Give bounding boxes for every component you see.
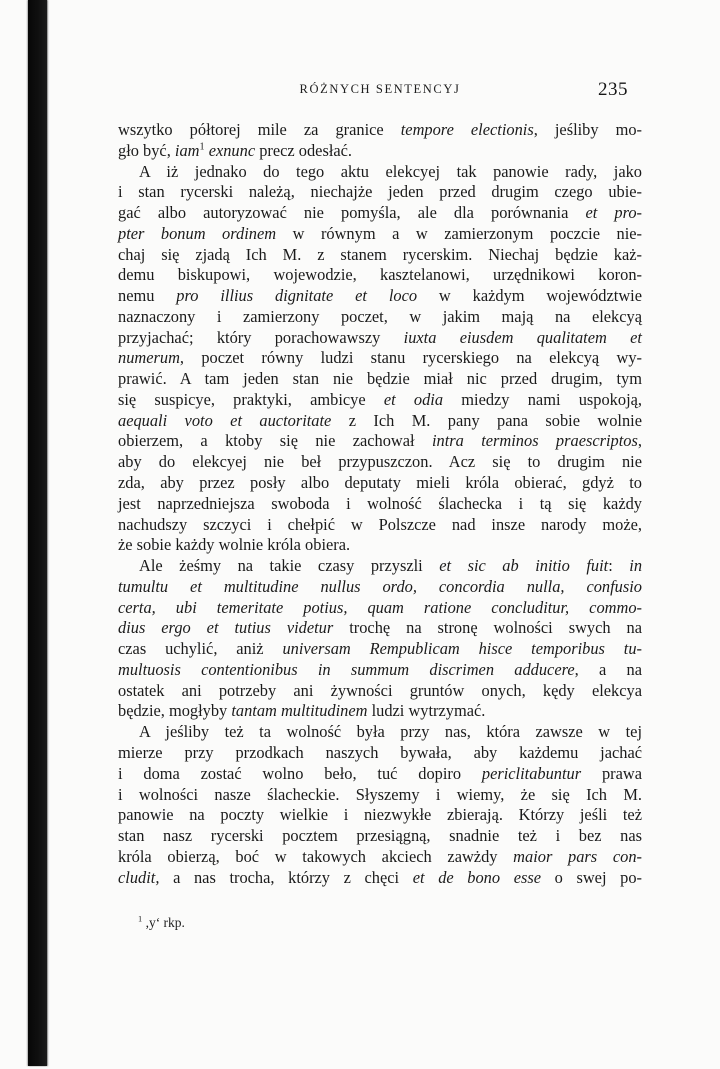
text-run: panowie na poczty wielkie i niezwykłe zb… — [118, 805, 642, 824]
latin-italic-run: et odia — [384, 390, 443, 409]
text-line: demu biskupowi, wojewodzie, kasztelanowi… — [118, 265, 642, 286]
text-run: A jeśliby też ta wolność była przy nas, … — [139, 722, 642, 741]
text-run: ludzi wytrzymać. — [367, 701, 485, 720]
running-header: RÓŻNYCH SENTENCYJ — [118, 82, 642, 97]
text-line: i wolności nasze ślacheckie. Słyszemy i … — [118, 785, 642, 806]
text-line: naznaczony i zamierzony poczet, w jakim … — [118, 307, 642, 328]
text-run: naznaczony i zamierzony poczet, w jakim … — [118, 307, 642, 326]
text-run: gać albo autoryzować nie pomyśla, ale dl… — [118, 203, 585, 222]
text-run: , poczet równy ludzi stanu rycerskiego n… — [180, 348, 642, 367]
text-run: gło być, — [118, 141, 175, 160]
latin-italic-run: aequali voto et auctoritate — [118, 411, 331, 430]
latin-italic-run: tempore electionis — [401, 120, 534, 139]
text-run: w równym a w zamierzonym poczcie nie- — [276, 224, 642, 243]
latin-italic-run: in — [629, 556, 642, 575]
text-run: , a na — [575, 660, 642, 679]
latin-italic-run: et pro- — [585, 203, 642, 222]
text-line: tumultu et multitudine nullus ordo, conc… — [118, 577, 642, 598]
latin-italic-run: universam Rempublicam hisce temporibus t… — [282, 639, 642, 658]
text-line: multuosis contentionibus in summum discr… — [118, 660, 642, 681]
latin-italic-run: pter bonum ordinem — [118, 224, 276, 243]
text-line: Ale żeśmy na takie czasy przyszli et sic… — [118, 556, 642, 577]
text-run: przyjachać; który porachowawszy — [118, 328, 404, 347]
text-run: i wolności nasze ślacheckie. Słyszemy i … — [118, 785, 642, 804]
footnote-marker: 1 — [200, 141, 205, 152]
text-run: ,y‘ rkp. — [142, 915, 185, 930]
text-line: pter bonum ordinem w równym a w zamierzo… — [118, 224, 642, 245]
text-line: aequali voto et auctoritate z Ich M. pan… — [118, 411, 642, 432]
text-run: i stan rycerski należą, niechajże jeden … — [118, 182, 642, 201]
latin-italic-run: pro illius dignitate et loco — [176, 286, 417, 305]
latin-italic-run: numerum — [118, 348, 180, 367]
text-run: i doma zostać wolno beło, tuć dopiro — [118, 764, 482, 783]
latin-italic-run: exnunc — [209, 141, 255, 160]
latin-italic-run: dius ergo et tutius videtur — [118, 618, 333, 637]
text-run: stan nasz rycerski pocztem przesiągną, s… — [118, 826, 642, 845]
latin-italic-run: intra terminos praescriptos — [432, 431, 638, 450]
page-number: 235 — [598, 79, 628, 101]
text-run: prawa — [581, 764, 642, 783]
text-run: króla obierzą, boć w takowych akciech za… — [118, 847, 513, 866]
text-line: się suspicye, praktyki, ambicye et odia … — [118, 390, 642, 411]
latin-italic-run: multuosis contentionibus in summum discr… — [118, 660, 575, 679]
body-text: wszytko półtorej mile za granice tempore… — [118, 120, 642, 888]
text-line: i doma zostać wolno beło, tuć dopiro per… — [118, 764, 642, 785]
text-run: wszytko półtorej mile za granice — [118, 120, 401, 139]
text-line: jest naprzedniejsza swoboda i wolność śl… — [118, 494, 642, 515]
text-line: certa, ubi temeritate potius, quam ratio… — [118, 598, 642, 619]
latin-italic-run: maior pars con- — [513, 847, 642, 866]
text-line: gać albo autoryzować nie pomyśla, ale dl… — [118, 203, 642, 224]
text-run: jest naprzedniejsza swoboda i wolność śl… — [118, 494, 642, 513]
text-run: ostatek ani potrzeby ani żywności gruntó… — [118, 681, 642, 700]
text-line: ostatek ani potrzeby ani żywności gruntó… — [118, 681, 642, 702]
scanned-book-page: RÓŻNYCH SENTENCYJ 235 wszytko półtorej m… — [0, 0, 720, 1069]
text-run: trochę na stronę wolności swych na — [333, 618, 642, 637]
text-run: Ale żeśmy na takie czasy przyszli — [139, 556, 439, 575]
text-line: zda, aby przez posły albo deputaty mieli… — [118, 473, 642, 494]
latin-italic-run: tantam multitudinem — [231, 701, 367, 720]
text-line: chaj się zjadą Ich M. z stanem rycerskim… — [118, 245, 642, 266]
text-run: : — [608, 556, 629, 575]
text-line: mierze przy przodkach naszych bywała, ab… — [118, 743, 642, 764]
text-run: obierzem, a ktoby się nie zachował — [118, 431, 432, 450]
text-run: z Ich M. pany pana sobie wolnie — [331, 411, 642, 430]
text-line: aby do elekcyej nie beł przypuszczon. Ac… — [118, 452, 642, 473]
text-line: króla obierzą, boć w takowych akciech za… — [118, 847, 642, 868]
text-line: prawić. A tam jeden stan nie będzie miał… — [118, 369, 642, 390]
latin-italic-run: iuxta eiusdem qualitatem et — [404, 328, 642, 347]
text-line: cludit, a nas trocha, którzy z chęci et … — [118, 868, 642, 889]
text-run: będzie, mogłyby — [118, 701, 231, 720]
latin-italic-run: iam — [175, 141, 200, 160]
text-run: się suspicye, praktyki, ambicye — [118, 390, 384, 409]
text-run: aby do elekcyej nie beł przypuszczon. Ac… — [118, 452, 642, 471]
text-line: i stan rycerski należą, niechajże jeden … — [118, 182, 642, 203]
text-run: demu biskupowi, wojewodzie, kasztelanowi… — [118, 265, 642, 284]
latin-italic-run: certa, ubi temeritate potius, quam ratio… — [118, 598, 642, 617]
latin-italic-run: cludit, — [118, 868, 159, 887]
text-run: a nas trocha, którzy z chęci — [159, 868, 412, 887]
text-line: A iż jednako do tego aktu elekcyej tak p… — [118, 162, 642, 183]
text-run: , — [638, 431, 642, 450]
text-run: precz odesłać. — [255, 141, 352, 160]
latin-italic-run: et sic ab initio fuit — [439, 556, 608, 575]
text-run: prawić. A tam jeden stan nie będzie miał… — [118, 369, 642, 388]
text-line: nemu pro illius dignitate et loco w każd… — [118, 286, 642, 307]
text-line: stan nasz rycerski pocztem przesiągną, s… — [118, 826, 642, 847]
text-line: panowie na poczty wielkie i niezwykłe zb… — [118, 805, 642, 826]
text-run: , jeśliby mo- — [534, 120, 642, 139]
text-run: w każdym województwie — [417, 286, 642, 305]
text-line: numerum, poczet równy ludzi stanu rycers… — [118, 348, 642, 369]
text-line: że sobie każdy wolnie króla obiera. — [118, 535, 642, 556]
text-line: czas uchylić, aniż universam Rempublicam… — [118, 639, 642, 660]
text-line: dius ergo et tutius videtur trochę na st… — [118, 618, 642, 639]
text-run: nachudszy szczyci i chełpić w Polszcze n… — [118, 515, 642, 534]
text-line: gło być, iam1 exnunc precz odesłać. — [118, 141, 642, 162]
text-line: przyjachać; który porachowawszy iuxta ei… — [118, 328, 642, 349]
latin-italic-run: tumultu et multitudine nullus ordo, conc… — [118, 577, 642, 596]
footnote: 1 ,y‘ rkp. — [138, 915, 185, 931]
text-run: A iż jednako do tego aktu elekcyej tak p… — [139, 162, 642, 181]
text-run: chaj się zjadą Ich M. z stanem rycerskim… — [118, 245, 642, 264]
latin-italic-run: periclitabuntur — [482, 764, 581, 783]
text-line: będzie, mogłyby tantam multitudinem ludz… — [118, 701, 642, 722]
scan-edge-artifact — [28, 0, 47, 1066]
text-run: czas uchylić, aniż — [118, 639, 282, 658]
text-run: że sobie każdy wolnie króla obiera. — [118, 535, 350, 554]
text-run: zda, aby przez posły albo deputaty mieli… — [118, 473, 642, 492]
text-run: miedzy nami uspokoją, — [443, 390, 642, 409]
text-line: nachudszy szczyci i chełpić w Polszcze n… — [118, 515, 642, 536]
text-run: mierze przy przodkach naszych bywała, ab… — [118, 743, 642, 762]
text-line: A jeśliby też ta wolność była przy nas, … — [118, 722, 642, 743]
text-run: o swej po- — [541, 868, 642, 887]
text-line: obierzem, a ktoby się nie zachował intra… — [118, 431, 642, 452]
latin-italic-run: et de bono esse — [413, 868, 541, 887]
text-run: nemu — [118, 286, 176, 305]
text-line: wszytko półtorej mile za granice tempore… — [118, 120, 642, 141]
